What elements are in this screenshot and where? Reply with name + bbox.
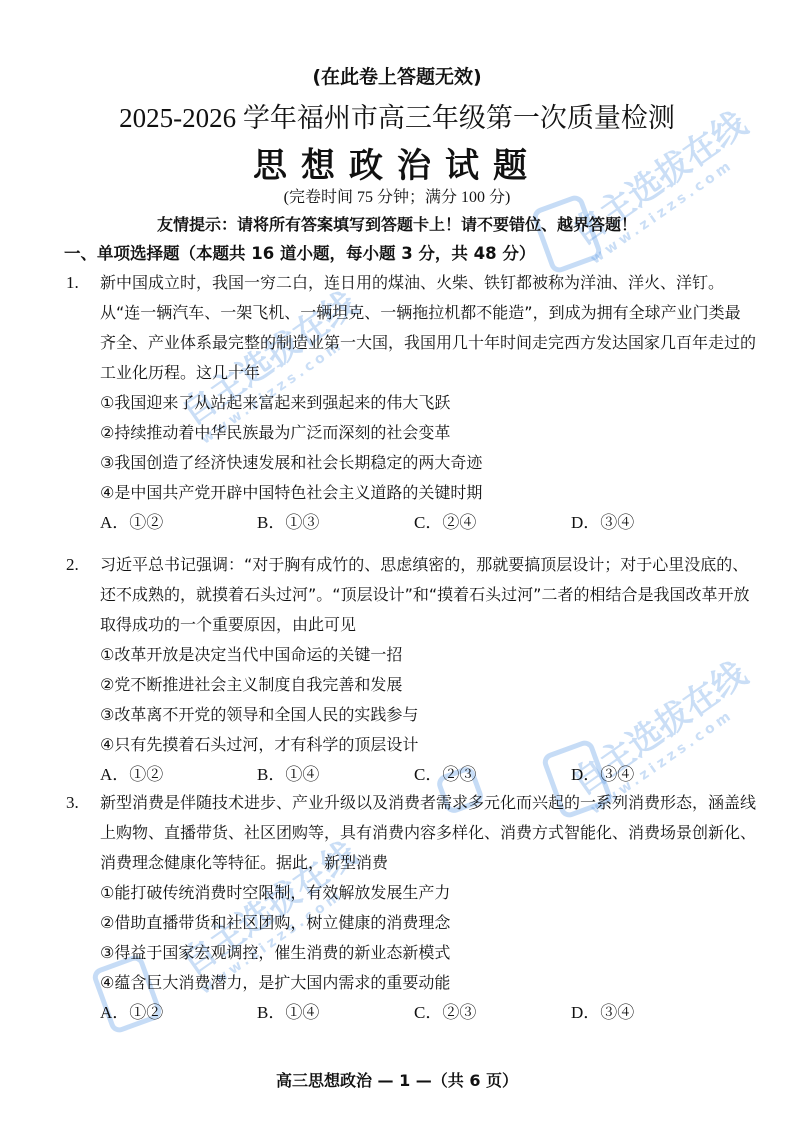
question-stem: 习近平总书记强调：“对于胸有成竹的、思虑缜密的，那就要搞顶层设计；对于心里没底的… [100, 550, 756, 640]
choice-d: D．③④ [571, 760, 728, 790]
invalid-notice: (在此卷上答题无效) [0, 62, 794, 89]
choice-b: B．①③ [257, 508, 414, 538]
answer-choices: A．①② B．①④ C．②③ D．③④ [100, 998, 756, 1028]
question-stem: 新型消费是伴随技术进步、产业升级以及消费者需求多元化而兴起的一系列消费形态，涵盖… [100, 788, 756, 878]
statement-2: ②党不断推进社会主义制度自我完善和发展 [100, 670, 756, 700]
section-title: 一、单项选择题（本题共 16 道小题，每小题 3 分，共 48 分） [64, 240, 535, 264]
statement-4: ④蕴含巨大消费潜力，是扩大国内需求的重要动能 [100, 968, 756, 998]
question-number: 2. [66, 550, 79, 580]
statement-1: ①我国迎来了从站起来富起来到强起来的伟大飞跃 [100, 388, 756, 418]
statement-3: ③改革离不开党的领导和全国人民的实践参与 [100, 700, 756, 730]
exam-title: 2025-2026 学年福州市高三年级第一次质量检测 [0, 96, 794, 135]
question-stem: 新中国成立时，我国一穷二白，连日用的煤油、火柴、铁钉都被称为洋油、洋火、洋钉。从… [100, 268, 756, 388]
page-footer: 高三思想政治 — 1 —（共 6 页） [0, 1068, 794, 1091]
question-2: 2. 习近平总书记强调：“对于胸有成竹的、思虑缜密的，那就要搞顶层设计；对于心里… [66, 550, 756, 790]
statement-1: ①能打破传统消费时空限制，有效解放发展生产力 [100, 878, 756, 908]
answer-choices: A．①② B．①③ C．②④ D．③④ [100, 508, 756, 538]
statement-2: ②借助直播带货和社区团购，树立健康的消费理念 [100, 908, 756, 938]
question-number: 3. [66, 788, 79, 818]
choice-a: A．①② [100, 998, 257, 1028]
subject-title: 思想政治试题 [0, 138, 794, 187]
choice-b: B．①④ [257, 760, 414, 790]
question-1: 1. 新中国成立时，我国一穷二白，连日用的煤油、火柴、铁钉都被称为洋油、洋火、洋… [66, 268, 756, 538]
statement-1: ①改革开放是决定当代中国命运的关键一招 [100, 640, 756, 670]
friendly-tip: 友情提示：请将所有答案填写到答题卡上！请不要错位、越界答题！ [0, 212, 794, 235]
choice-d: D．③④ [571, 508, 728, 538]
answer-choices: A．①② B．①④ C．②③ D．③④ [100, 760, 756, 790]
choice-c: C．②③ [414, 998, 571, 1028]
statement-3: ③我国创造了经济快速发展和社会长期稳定的两大奇迹 [100, 448, 756, 478]
choice-c: C．②④ [414, 508, 571, 538]
choice-d: D．③④ [571, 998, 728, 1028]
question-number: 1. [66, 268, 79, 298]
statement-4: ④只有先摸着石头过河，才有科学的顶层设计 [100, 730, 756, 760]
choice-a: A．①② [100, 508, 257, 538]
statement-3: ③得益于国家宏观调控，催生消费的新业态新模式 [100, 938, 756, 968]
statement-2: ②持续推动着中华民族最为广泛而深刻的社会变革 [100, 418, 756, 448]
exam-meta: (完卷时间 75 分钟；满分 100 分) [0, 184, 794, 207]
question-3: 3. 新型消费是伴随技术进步、产业升级以及消费者需求多元化而兴起的一系列消费形态… [66, 788, 756, 1028]
choice-b: B．①④ [257, 998, 414, 1028]
choice-a: A．①② [100, 760, 257, 790]
statement-4: ④是中国共产党开辟中国特色社会主义道路的关键时期 [100, 478, 756, 508]
choice-c: C．②③ [414, 760, 571, 790]
